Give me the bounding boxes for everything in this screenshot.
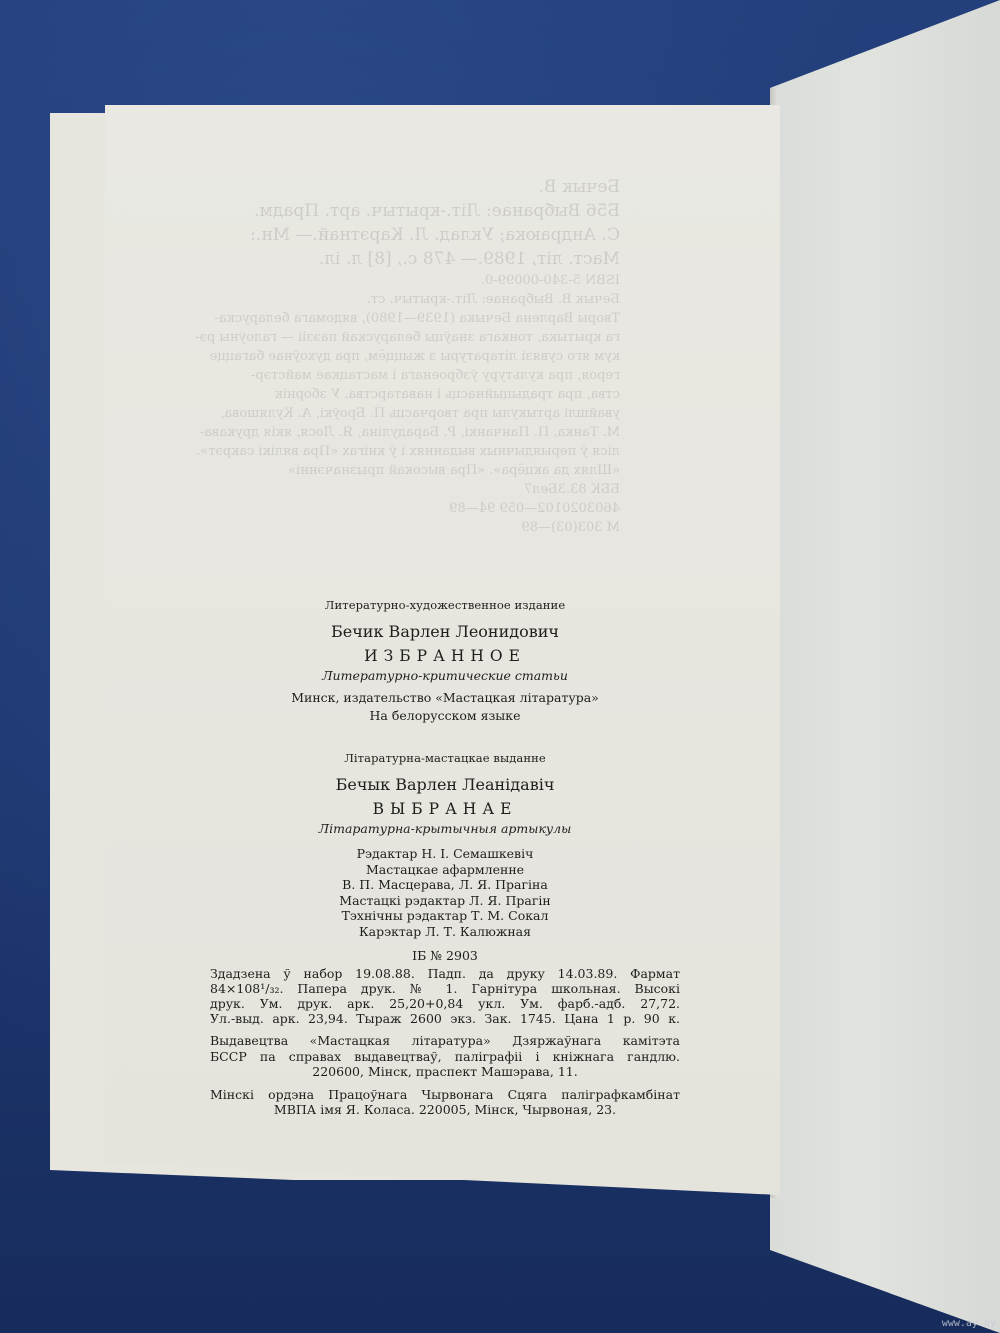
bleed-line: С. Андраюка; Уклад. Л. Карэтнай.— Мн.: (160, 223, 620, 247)
credit-line: Рэдактар Н. І. Семашкевіч (210, 846, 680, 862)
detail-line: Ул.-выд. арк. 23,94. Тыраж 2600 экз. Зак… (210, 1011, 680, 1026)
publisher-line: Выдавецтва «Мастацкая літаратура» Дзяржа… (210, 1033, 680, 1049)
bleed-line: Маст. літ, 1989.— 478 с., [8] л. іл. (160, 247, 620, 271)
bleed-line: ББК 83.3Бел7 (160, 480, 620, 499)
detail-line: 84×108¹/₃₂. Папера друк. № 1. Гарнітура … (210, 981, 680, 996)
bleed-line: Творы Варлена Бечыка (1939—1980), вядома… (160, 309, 620, 328)
credit-line: Мастацкае афармленне (210, 862, 680, 878)
detail-line: Здадзена ў набор 19.08.88. Падп. да друк… (210, 966, 680, 981)
bleed-line: героя, пра культуру ўзброенага і мастацк… (160, 366, 620, 385)
bleed-line: 4603020102—059 94—89 (160, 499, 620, 518)
bleed-line: увайшлі артыкулы пра творчасць П. Броўкі… (160, 404, 620, 423)
colophon: Литературно-художественное издание Бечик… (210, 598, 680, 1118)
credit-line: В. П. Масцерава, Л. Я. Прагіна (210, 877, 680, 893)
edition-type-be: Літаратурна-мастацкае выданне (210, 751, 680, 765)
bleed-line: ства, пра традыцыйнасць і наватарства. У… (160, 385, 620, 404)
right-endpaper (770, 0, 1000, 1333)
credit-line: Мастацкі рэдактар Л. Я. Прагін (210, 893, 680, 909)
bleed-through-text: Бечык В. Б56 Выбранае: Літ.-крытыч. арт.… (160, 175, 620, 537)
bleed-line: га крытыка, тонкага знаўцы беларускай па… (160, 328, 620, 347)
language-note: На белорусском языке (210, 708, 680, 723)
print-details: Здадзена ў набор 19.08.88. Падп. да друк… (210, 966, 680, 1026)
bleed-line: Бечык В. (160, 175, 620, 199)
author-ru: Бечик Варлен Леонидович (210, 622, 680, 641)
printer-info: Мінскі ордэна Працоўнага Чырвонага Сцяга… (210, 1087, 680, 1118)
author-be: Бечык Варлен Леанідавіч (210, 775, 680, 794)
publisher-line: БССР па справах выдавецтваў, паліграфіі … (210, 1049, 680, 1065)
bleed-line: ліся ў перыядычных выданнях і ў кнігах «… (160, 442, 620, 461)
subtitle-ru: Литературно-критические статьи (210, 668, 680, 683)
credit-line: Карэктар Л. Т. Калюжная (210, 924, 680, 940)
title-be: ВЫБРАНАЕ (210, 800, 680, 818)
publisher-line-ru: Минск, издательство «Мастацкая літаратур… (210, 690, 680, 705)
bleed-line: М. Танка, П. Панчанкі, Р. Барадуліна, Я.… (160, 423, 620, 442)
edition-type-ru: Литературно-художественное издание (210, 598, 680, 612)
credits: Рэдактар Н. І. Семашкевіч Мастацкае афар… (210, 846, 680, 939)
site-watermark: www.ay.by (942, 1318, 996, 1329)
printer-line: МВПА імя Я. Коласа. 220005, Мінск, Чырво… (210, 1102, 680, 1118)
ib-number: ІБ № 2903 (210, 948, 680, 963)
bleed-line: М 303(03)—89 (160, 518, 620, 537)
bleed-line: Б56 Выбранае: Літ.-крытыч. арт. Прадм. (160, 199, 620, 223)
publisher-line: 220600, Мінск, праспект Машэрава, 11. (210, 1064, 680, 1080)
credit-line: Тэхнічны рэдактар Т. М. Сокал (210, 908, 680, 924)
bleed-line: Бечык В. Выбранае: Літ.-крытыч. ст. (160, 290, 620, 309)
printer-line: Мінскі ордэна Працоўнага Чырвонага Сцяга… (210, 1087, 680, 1103)
publisher-address: Выдавецтва «Мастацкая літаратура» Дзяржа… (210, 1033, 680, 1080)
bleed-line: кум яго сувязі літаратуры з жыццём, пра … (160, 347, 620, 366)
bleed-line: «Шлях да акцёра». «Пра высокай прызначэн… (160, 461, 620, 480)
title-ru: ИЗБРАННОЕ (210, 647, 680, 665)
bleed-line: ISBN 5-340-00099-0. (160, 271, 620, 290)
detail-line: друк. Ум. друк. арк. 25,20+0,84 укл. Ум.… (210, 996, 680, 1011)
subtitle-be: Літаратурна-крытычныя артыкулы (210, 821, 680, 836)
